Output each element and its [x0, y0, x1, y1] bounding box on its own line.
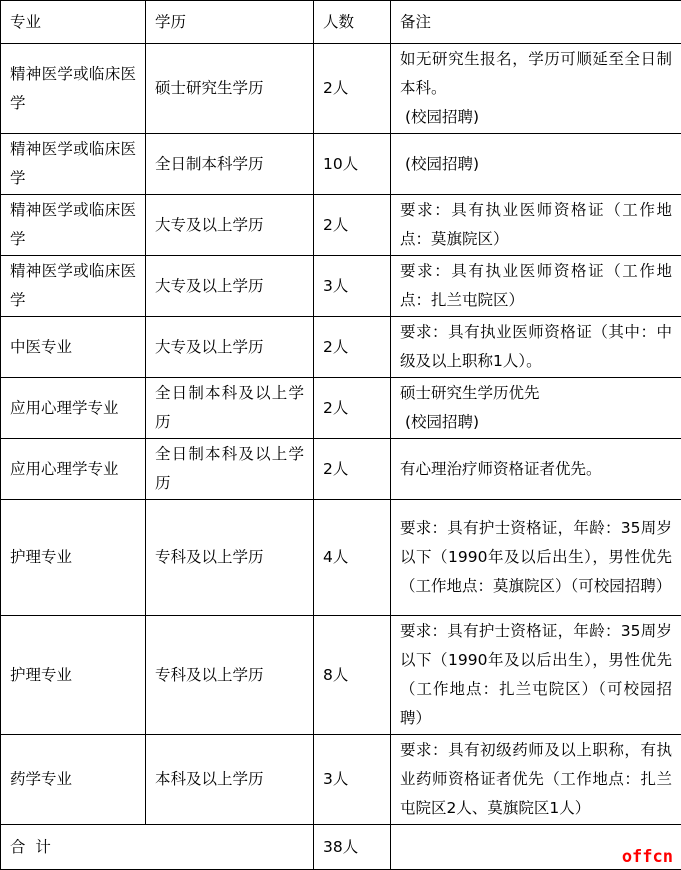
recruitment-table-page: 专业 学历 人数 备注 精神医学或临床医学 硕士研究生学历 2人 如无研究生报名… — [0, 0, 681, 834]
cell-count: 2人 — [314, 439, 391, 500]
cell-remark: 有心理治疗师资格证者优先。 — [391, 439, 681, 500]
table-row: 精神医学或临床医学 大专及以上学历 2人 要求：具有执业医师资格证（工作地点：莫… — [1, 195, 681, 256]
cell-major: 护理专业 — [1, 616, 146, 735]
table-row: 应用心理学专业 全日制本科及以上学历 2人 有心理治疗师资格证者优先。 — [1, 439, 681, 500]
cell-remark: (校园招聘) — [391, 134, 681, 195]
cell-remark: 要求：具有初级药师及以上职称，有执业药师资格证者优先（工作地点：扎兰屯院区2人、… — [391, 735, 681, 825]
recruitment-positions-table: 专业 学历 人数 备注 精神医学或临床医学 硕士研究生学历 2人 如无研究生报名… — [0, 0, 681, 870]
table-row: 中医专业 大专及以上学历 2人 要求：具有执业医师资格证（其中：中级及以上职称1… — [1, 317, 681, 378]
column-header-major: 专业 — [1, 1, 146, 44]
cell-total-count: 38人 — [314, 825, 391, 870]
table-row: 精神医学或临床医学 全日制本科学历 10人 (校园招聘) — [1, 134, 681, 195]
table-header-row: 专业 学历 人数 备注 — [1, 1, 681, 44]
cell-education: 硕士研究生学历 — [146, 44, 314, 134]
column-header-education: 学历 — [146, 1, 314, 44]
cell-total-remark: offcn — [391, 825, 681, 870]
table-row: 应用心理学专业 全日制本科及以上学历 2人 硕士研究生学历优先 (校园招聘) — [1, 378, 681, 439]
cell-major: 护理专业 — [1, 500, 146, 616]
cell-remark: 要求：具有执业医师资格证（其中：中级及以上职称1人）。 — [391, 317, 681, 378]
table-row: 药学专业 本科及以上学历 3人 要求：具有初级药师及以上职称，有执业药师资格证者… — [1, 735, 681, 825]
offcn-watermark: offcn — [622, 849, 673, 866]
cell-major: 精神医学或临床医学 — [1, 44, 146, 134]
cell-count: 3人 — [314, 735, 391, 825]
cell-count: 10人 — [314, 134, 391, 195]
column-header-count: 人数 — [314, 1, 391, 44]
table-row: 精神医学或临床医学 硕士研究生学历 2人 如无研究生报名，学历可顺延至全日制本科… — [1, 44, 681, 134]
cell-remark: 要求：具有护士资格证，年龄：35周岁以下（1990年及以后出生），男性优先（工作… — [391, 500, 681, 616]
cell-count: 2人 — [314, 44, 391, 134]
cell-remark: 要求：具有执业医师资格证（工作地点：莫旗院区） — [391, 195, 681, 256]
table-row: 护理专业 专科及以上学历 4人 要求：具有护士资格证，年龄：35周岁以下（199… — [1, 500, 681, 616]
cell-education: 大专及以上学历 — [146, 317, 314, 378]
cell-total-label: 合 计 — [1, 825, 314, 870]
cell-education: 专科及以上学历 — [146, 616, 314, 735]
cell-count: 2人 — [314, 317, 391, 378]
cell-major: 应用心理学专业 — [1, 439, 146, 500]
cell-count: 4人 — [314, 500, 391, 616]
cell-count: 2人 — [314, 378, 391, 439]
cell-education: 全日制本科学历 — [146, 134, 314, 195]
table-row: 护理专业 专科及以上学历 8人 要求：具有护士资格证，年龄：35周岁以下（199… — [1, 616, 681, 735]
cell-education: 专科及以上学历 — [146, 500, 314, 616]
cell-major: 精神医学或临床医学 — [1, 134, 146, 195]
cell-education: 大专及以上学历 — [146, 195, 314, 256]
cell-education: 大专及以上学历 — [146, 256, 314, 317]
cell-remark: 要求：具有护士资格证，年龄：35周岁以下（1990年及以后出生），男性优先（工作… — [391, 616, 681, 735]
cell-count: 8人 — [314, 616, 391, 735]
cell-education: 全日制本科及以上学历 — [146, 439, 314, 500]
cell-major: 精神医学或临床医学 — [1, 195, 146, 256]
cell-count: 3人 — [314, 256, 391, 317]
column-header-remark: 备注 — [391, 1, 681, 44]
cell-major: 应用心理学专业 — [1, 378, 146, 439]
cell-remark: 如无研究生报名，学历可顺延至全日制本科。 (校园招聘) — [391, 44, 681, 134]
table-row: 精神医学或临床医学 大专及以上学历 3人 要求：具有执业医师资格证（工作地点：扎… — [1, 256, 681, 317]
cell-education: 全日制本科及以上学历 — [146, 378, 314, 439]
cell-major: 精神医学或临床医学 — [1, 256, 146, 317]
cell-major: 中医专业 — [1, 317, 146, 378]
cell-count: 2人 — [314, 195, 391, 256]
cell-remark: 硕士研究生学历优先 (校园招聘) — [391, 378, 681, 439]
table-total-row: 合 计 38人 offcn — [1, 825, 681, 870]
cell-education: 本科及以上学历 — [146, 735, 314, 825]
cell-remark: 要求：具有执业医师资格证（工作地点：扎兰屯院区） — [391, 256, 681, 317]
cell-major: 药学专业 — [1, 735, 146, 825]
